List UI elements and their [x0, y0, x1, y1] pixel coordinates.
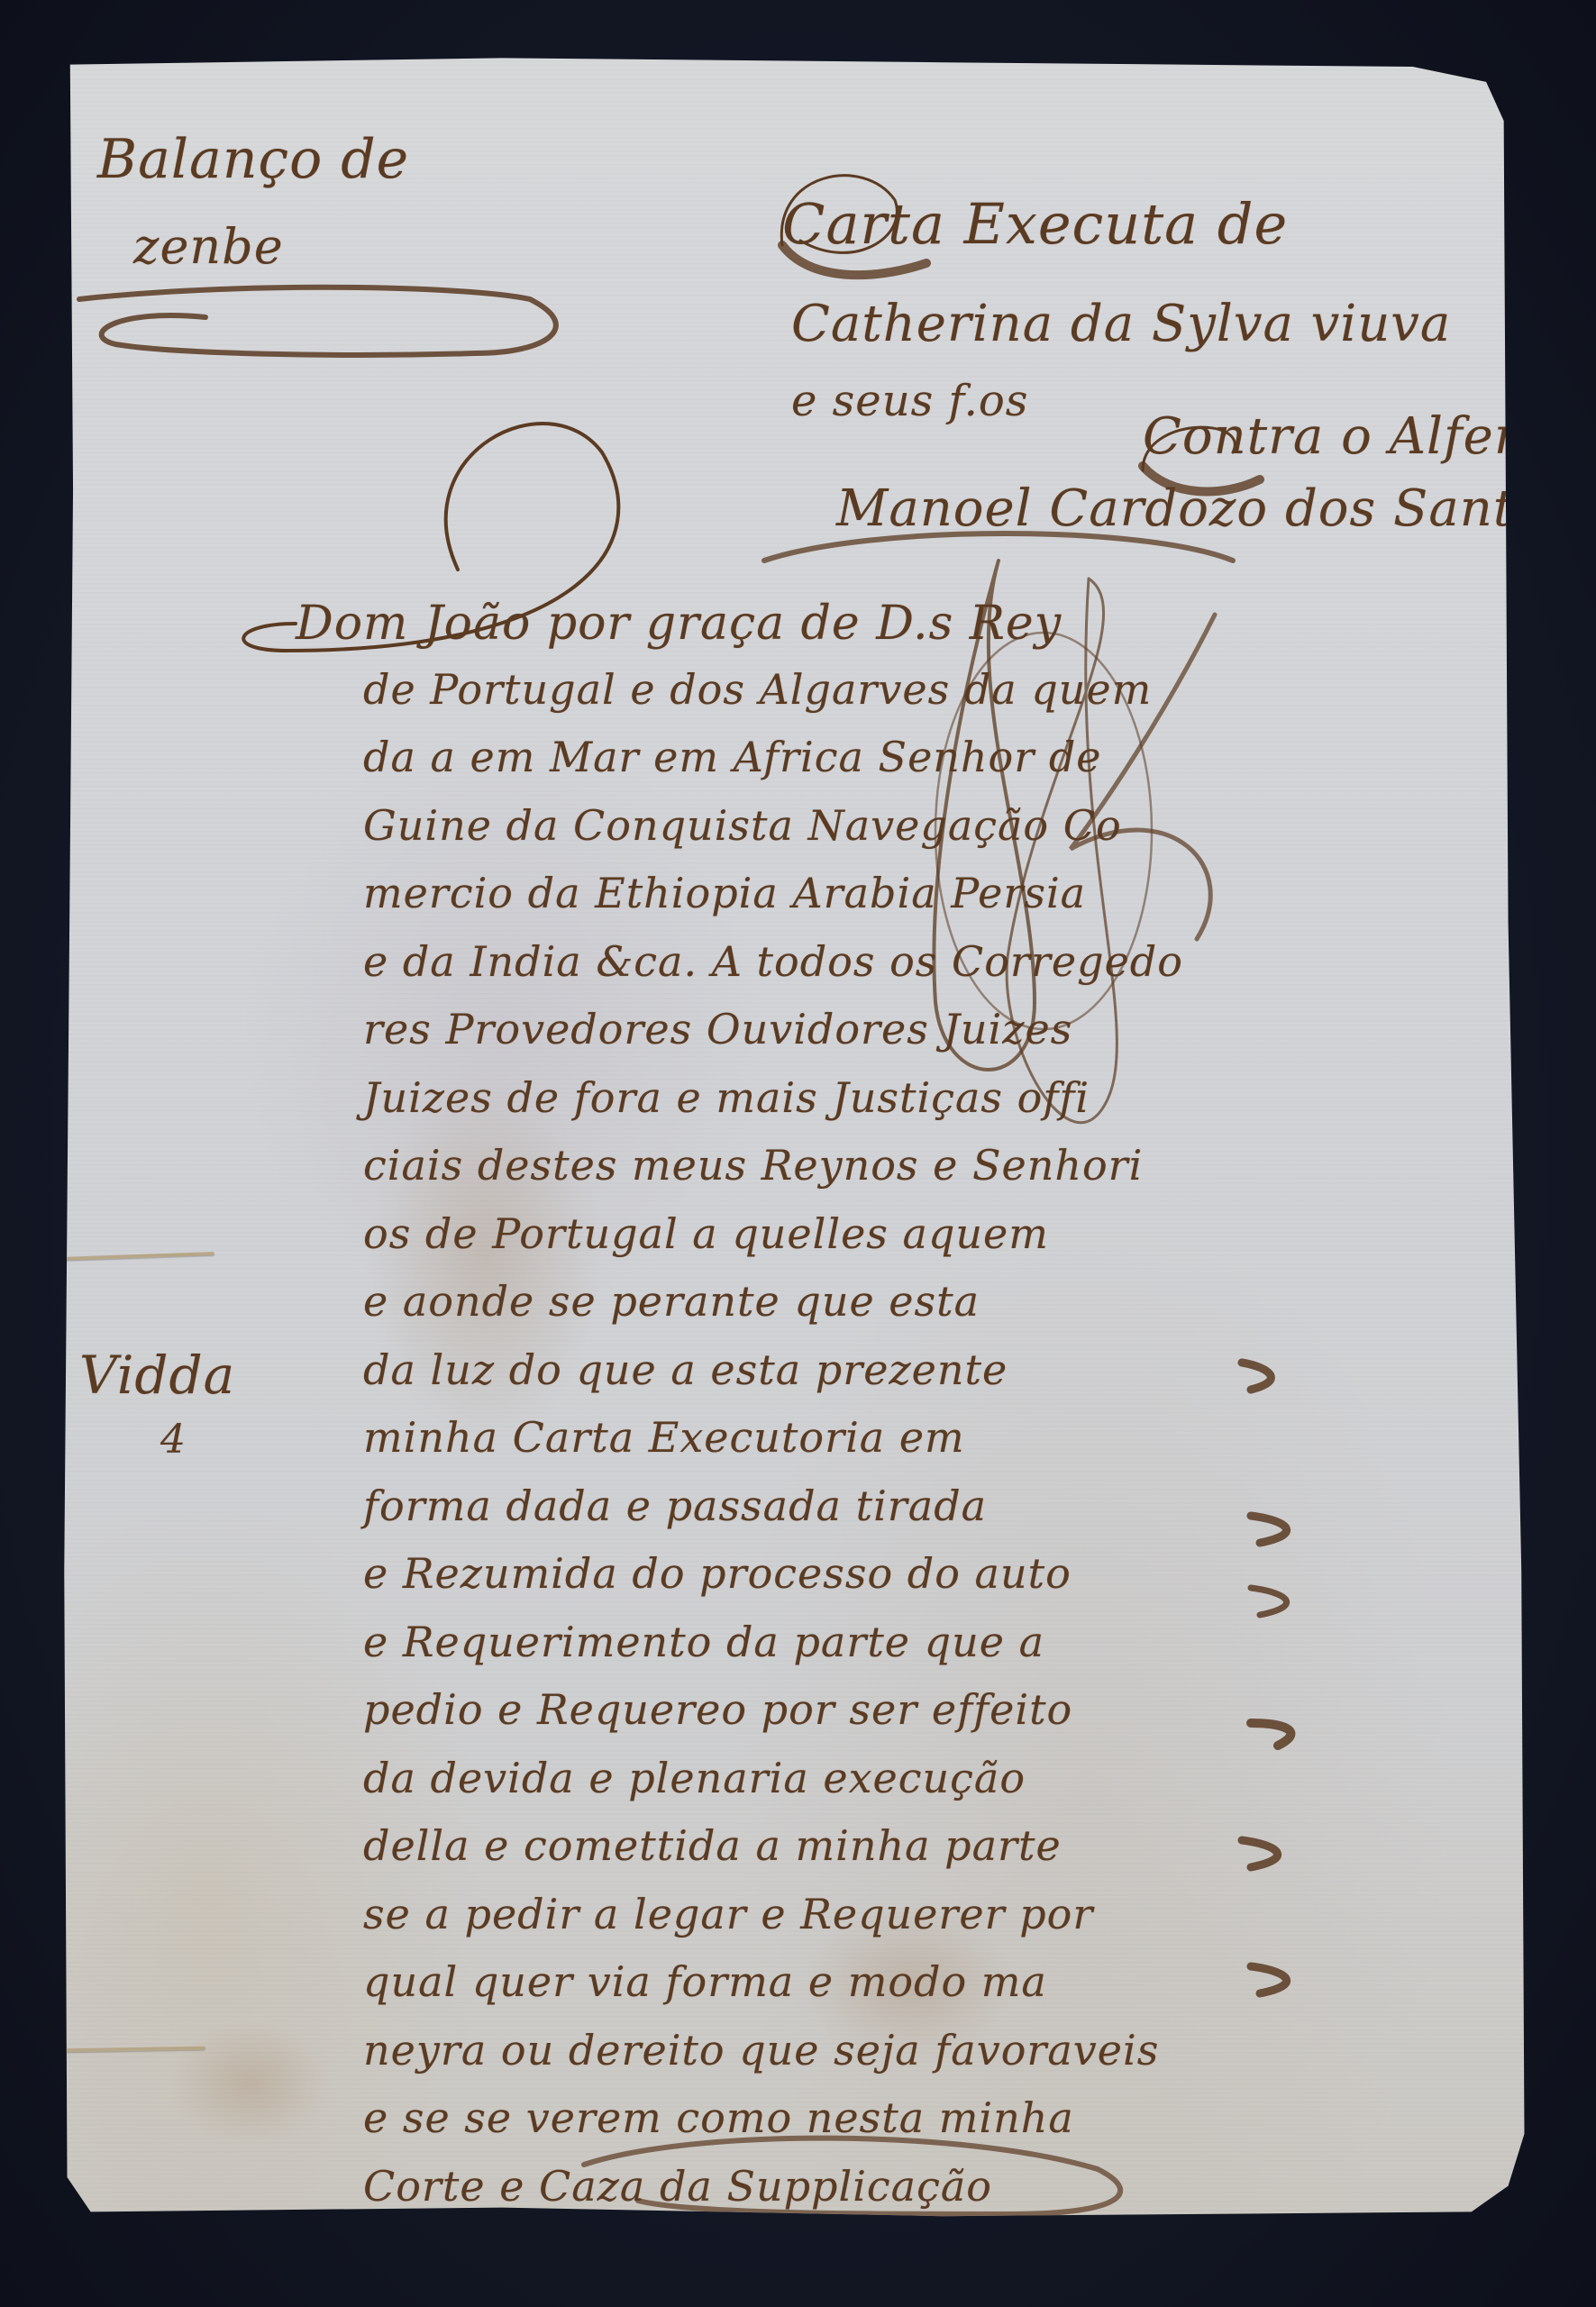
body-line-11: e aonde se perante que esta [363, 1277, 980, 1326]
binding-thread [61, 1252, 214, 1261]
body-line-1: Dom João por graça de D.s Rey [296, 597, 1062, 651]
body-line-4: Guine da Conquista Navegação Co [363, 801, 1122, 850]
margin-note-top-left-2: zenbe [133, 218, 284, 275]
body-line-14: forma dada e passada tirada [363, 1482, 987, 1530]
body-line-13: minha Carta Executoria em [363, 1413, 965, 1462]
body-line-7: res Provedores Ouvidores Juizes [363, 1005, 1072, 1053]
body-line-24: Corte e Caza da Supplicação [363, 2162, 992, 2211]
body-line-12: da luz do que a esta prezente [363, 1345, 1008, 1394]
body-line-5: mercio da Ethiopia Arabia Persia [363, 869, 1086, 917]
body-line-17: pedio e Requereo por ser effeito [363, 1685, 1072, 1734]
body-line-15: e Rezumida do processo do auto [363, 1549, 1072, 1598]
body-line-22: neyra ou dereito que seja favoraveis [363, 2026, 1159, 2074]
body-line-18: da devida e plenaria execução [363, 1754, 1026, 1802]
manuscript-page: Balanço de zenbe Carta Executa de Cather… [61, 56, 1530, 2220]
heading-line-3: e seus f.os [791, 376, 1028, 426]
heading-line-5: Manoel Cardozo dos Santos [836, 479, 1573, 538]
margin-note-left-sub: 4 [160, 1417, 187, 1463]
body-line-2: de Portugal e dos Algarves da quem [363, 665, 1152, 714]
body-line-19: della e comettida a minha parte [363, 1821, 1062, 1870]
margin-note-top-left: Balanço de [97, 128, 409, 191]
body-line-9: ciais destes meus Reynos e Senhori [363, 1141, 1143, 1190]
body-line-20: se a pedir a legar e Requerer por [363, 1890, 1093, 1938]
body-line-3: da a em Mar em Africa Senhor de [363, 733, 1102, 781]
body-line-16: e Requerimento da parte que a [363, 1618, 1044, 1666]
heading-line-2: Catherina da Sylva viuva [791, 295, 1451, 353]
margin-note-left: Vidda [79, 1345, 235, 1406]
body-line-8: Juizes de fora e mais Justiças offi [363, 1073, 1090, 1122]
body-line-10: os de Portugal a quelles aquem [363, 1209, 1049, 1258]
ink-stain [169, 2020, 332, 2147]
body-line-21: qual quer via forma e modo ma [363, 1957, 1047, 2006]
body-line-6: e da India &ca. A todos os Corregedo [363, 937, 1183, 986]
heading-line-1: Carta Executa de [782, 191, 1288, 257]
body-line-23: e se se verem como nesta minha [363, 2093, 1074, 2142]
